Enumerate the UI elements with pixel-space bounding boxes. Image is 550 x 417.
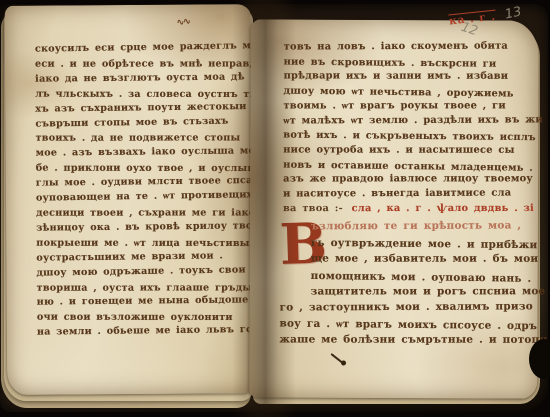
manuscript-line: прѣдвари ихъ и запни имъ . избави xyxy=(284,70,524,85)
manuscript-line: ъзлюбляю те ги крѣпость моа , xyxy=(280,217,524,234)
manuscript-line: и наситоусе . вънегда іавитмисе сла xyxy=(283,186,523,202)
rubric-red-text: сла , ка . г . ѱало двдвь . зі xyxy=(352,203,534,214)
manuscript-line: защититель мои и рогъ спсниа мое xyxy=(280,283,524,299)
left-page-text: скоусилъ еси срце мое раждеглъ мѧ еси . … xyxy=(35,41,245,341)
manuscript-line: зѣницоу ока . въ кровѣ крилоу твоею xyxy=(36,219,244,236)
ink-squiggle-mark: ∿∿ xyxy=(176,17,190,29)
manuscript-line: го , застоупникъ мои . хвалимъ призо xyxy=(280,298,524,315)
manuscript-line: іако да не възглютъ оуста моа дѣ xyxy=(35,70,243,87)
manuscript-line: на земли . обьеше ме іако львъ го xyxy=(37,323,245,340)
manuscript-line: азъ же правдою іавлюсе лицоу твоемоу xyxy=(283,173,523,188)
right-page-text-top: товъ на ловъ . іако скоуменъ обита ние в… xyxy=(283,41,524,204)
manuscript-line: оуповающеи на те . ѡт противещихсе xyxy=(36,188,244,206)
manuscript-line: нисе оутроба ихъ . и насытишесе сы xyxy=(283,143,523,158)
manuscript-line: съвръши стопы мое въ стьзахъ xyxy=(35,114,243,132)
right-page: товъ на ловъ . іако скоуменъ обита ние в… xyxy=(249,19,539,398)
manuscript-line: твоимь . ѡт врагъ роукы твоее , ги xyxy=(283,99,523,114)
pen-trial-mark xyxy=(330,353,344,364)
manuscript-photo: ∿∿ скоусилъ еси срце мое раждеглъ мѧ еси… xyxy=(0,0,550,417)
manuscript-line: товъ на ловъ . іако скоуменъ обита xyxy=(284,39,524,55)
manuscript-line: ще мое , избавитель мои . бъ мои xyxy=(280,251,524,267)
psalm-lines: ъзлюбляю те ги крѣпость моа , гь оутвръж… xyxy=(279,219,524,350)
manuscript-line: жаше ме болѣзни съмрътные . и потоци xyxy=(279,332,523,348)
manuscript-line: мое . азъ възвахъ іако оуслыша ме xyxy=(36,145,244,162)
left-page: ∿∿ скоусилъ еси срце мое раждеглъ мѧ еси… xyxy=(5,4,254,395)
manuscript-line: ню . и гонещеи ме нына обыдоше ме xyxy=(37,294,245,311)
psalm-text-block: В ъзлюбляю те ги крѣпость моа , гь оутвр… xyxy=(279,219,524,350)
manuscript-line: ѡт малѣхъ ѡт землю . раздѣли ихъ въ жи xyxy=(283,113,523,129)
manuscript-line: дшоу мою одръжаше . тоукъ свои за xyxy=(36,263,244,281)
manuscript-line: скоусилъ еси срце мое раждеглъ мѧ xyxy=(35,39,243,57)
